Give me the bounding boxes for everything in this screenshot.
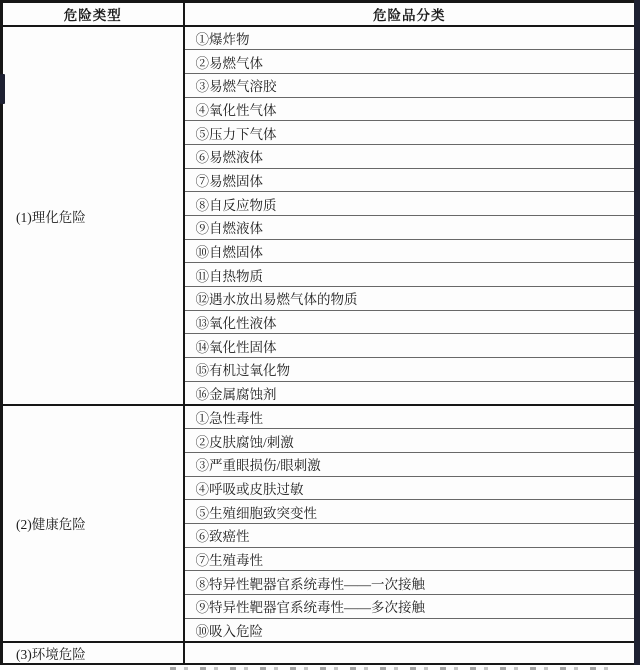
empty-classification-cell <box>184 642 638 664</box>
hazard-item-cell: ⑯金属腐蚀剂 <box>184 381 638 405</box>
hazard-item-cell: ⑨自燃液体 <box>184 216 638 240</box>
hazard-item-cell: ③易燃气溶胶 <box>184 73 638 97</box>
hazard-item-cell: ④氧化性气体 <box>184 97 638 121</box>
hazard-item-cell: ⑤生殖细胞致突变性 <box>184 500 638 524</box>
hazard-item-cell: ⑦易燃固体 <box>184 168 638 192</box>
table-header: 危险类型 危险品分类 <box>2 2 638 27</box>
hazard-item-cell: ⑬氧化性液体 <box>184 310 638 334</box>
table-row: (1)理化危险①爆炸物 <box>2 26 638 50</box>
table-row: (3)环境危险 <box>2 642 638 664</box>
hazard-item-cell: ⑫遇水放出易燃气体的物质 <box>184 287 638 311</box>
hazard-item-cell: ⑩自燃固体 <box>184 239 638 263</box>
hazard-item-cell: ⑥致癌性 <box>184 523 638 547</box>
hazard-item-cell: ⑪自热物质 <box>184 263 638 287</box>
hazard-item-cell: ①爆炸物 <box>184 26 638 50</box>
hazard-item-cell: ⑧特异性靶器官系统毒性——一次接触 <box>184 571 638 595</box>
table-body: (1)理化危险①爆炸物②易燃气体③易燃气溶胶④氧化性气体⑤压力下气体⑥易燃液体⑦… <box>2 26 638 664</box>
hazard-type-cell: (2)健康危险 <box>2 405 184 642</box>
hazard-item-cell: ③严重眼损伤/眼刺激 <box>184 452 638 476</box>
hazard-type-cell: (1)理化危险 <box>2 26 184 405</box>
hazard-item-cell: ⑦生殖毒性 <box>184 547 638 571</box>
screenshot-edge-artifact <box>0 74 5 104</box>
hazard-item-cell: ⑭氧化性固体 <box>184 334 638 358</box>
hazard-type-cell: (3)环境危险 <box>2 642 184 664</box>
header-row: 危险类型 危险品分类 <box>2 2 638 27</box>
column-header-hazard-type: 危险类型 <box>2 2 184 27</box>
hazard-item-cell: ①急性毒性 <box>184 405 638 429</box>
hazard-table: 危险类型 危险品分类 (1)理化危险①爆炸物②易燃气体③易燃气溶胶④氧化性气体⑤… <box>0 0 640 665</box>
column-header-hazard-classification: 危险品分类 <box>184 2 638 27</box>
hazard-item-cell: ⑥易燃液体 <box>184 144 638 168</box>
hazard-item-cell: ②易燃气体 <box>184 50 638 74</box>
hazard-item-cell: ⑮有机过氧化物 <box>184 358 638 382</box>
hazard-item-cell: ⑤压力下气体 <box>184 121 638 145</box>
table-row: (2)健康危险①急性毒性 <box>2 405 638 429</box>
hazard-item-cell: ②皮肤腐蚀/刺激 <box>184 429 638 453</box>
hazard-item-cell: ④呼吸或皮肤过敏 <box>184 476 638 500</box>
hazard-item-cell: ⑨特异性靶器官系统毒性——多次接触 <box>184 595 638 619</box>
document-page: 危险类型 危险品分类 (1)理化危险①爆炸物②易燃气体③易燃气溶胶④氧化性气体⑤… <box>0 0 640 670</box>
hazard-item-cell: ⑩吸入危险 <box>184 618 638 642</box>
hazard-item-cell: ⑧自反应物质 <box>184 192 638 216</box>
